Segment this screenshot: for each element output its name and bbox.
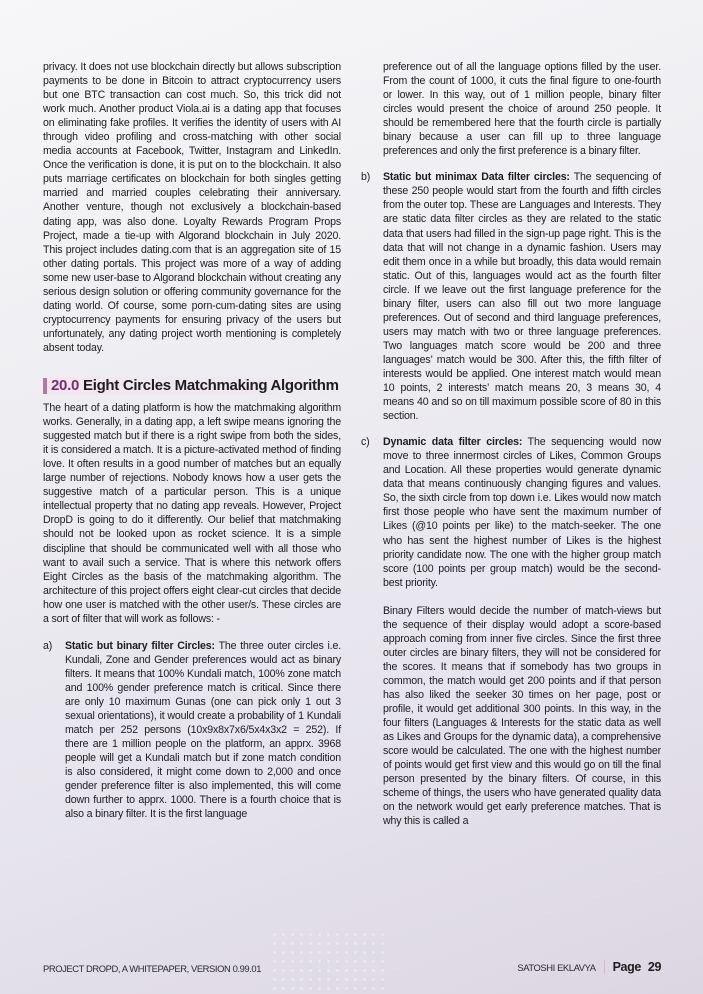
list-item-c-text: The sequencing would now move to three i…: [383, 436, 661, 588]
section-number: 20.0: [51, 377, 79, 394]
left-column: privacy. It does not use blockchain dire…: [43, 60, 341, 821]
list-item-b-text: The sequencing of these 250 people would…: [383, 171, 661, 422]
closing-paragraph: Binary Filters would decide the number o…: [383, 604, 661, 829]
right-column: preference out of all the language optio…: [383, 60, 661, 828]
section-paragraph: The heart of a dating platform is how th…: [43, 401, 341, 626]
footer-document-label: PROJECT DROPD, A WHITEPAPER, VERSION 0.9…: [43, 963, 261, 974]
list-item-a-text: The three outer circles i.e. Kundali, Zo…: [65, 640, 341, 821]
section-heading: 20.0Eight Circles Matchmaking Algorithm: [43, 377, 341, 395]
list-marker-a: a): [43, 639, 52, 653]
decorative-dot-pattern: [270, 930, 390, 990]
section-title: Eight Circles Matchmaking Algorithm: [83, 377, 339, 394]
footer-right-group: SATOSHI EKLAVYA Page 29: [517, 960, 661, 974]
list-item-b: b) Static but minimax Data filter circle…: [361, 170, 661, 423]
footer-author: SATOSHI EKLAVYA: [517, 962, 595, 973]
footer-divider: [604, 960, 605, 974]
list-item-a-continued: preference out of all the language optio…: [383, 60, 661, 158]
list-marker-c: c): [361, 435, 370, 449]
list-marker-b: b): [361, 170, 370, 184]
intro-paragraph: privacy. It does not use blockchain dire…: [43, 60, 341, 355]
list-item-a-title: Static but binary filter Circles:: [65, 640, 215, 652]
document-page: privacy. It does not use blockchain dire…: [0, 0, 703, 994]
list-item-a: a) Static but binary filter Circles: The…: [43, 639, 341, 822]
list-item-b-title: Static but minimax Data filter circles:: [383, 171, 570, 183]
list-item-c: c) Dynamic data filter circles: The sequ…: [361, 435, 661, 590]
footer-page-number: 29: [648, 960, 661, 974]
footer-page-label: Page: [613, 960, 641, 974]
list-item-c-title: Dynamic data filter circles:: [383, 436, 522, 448]
